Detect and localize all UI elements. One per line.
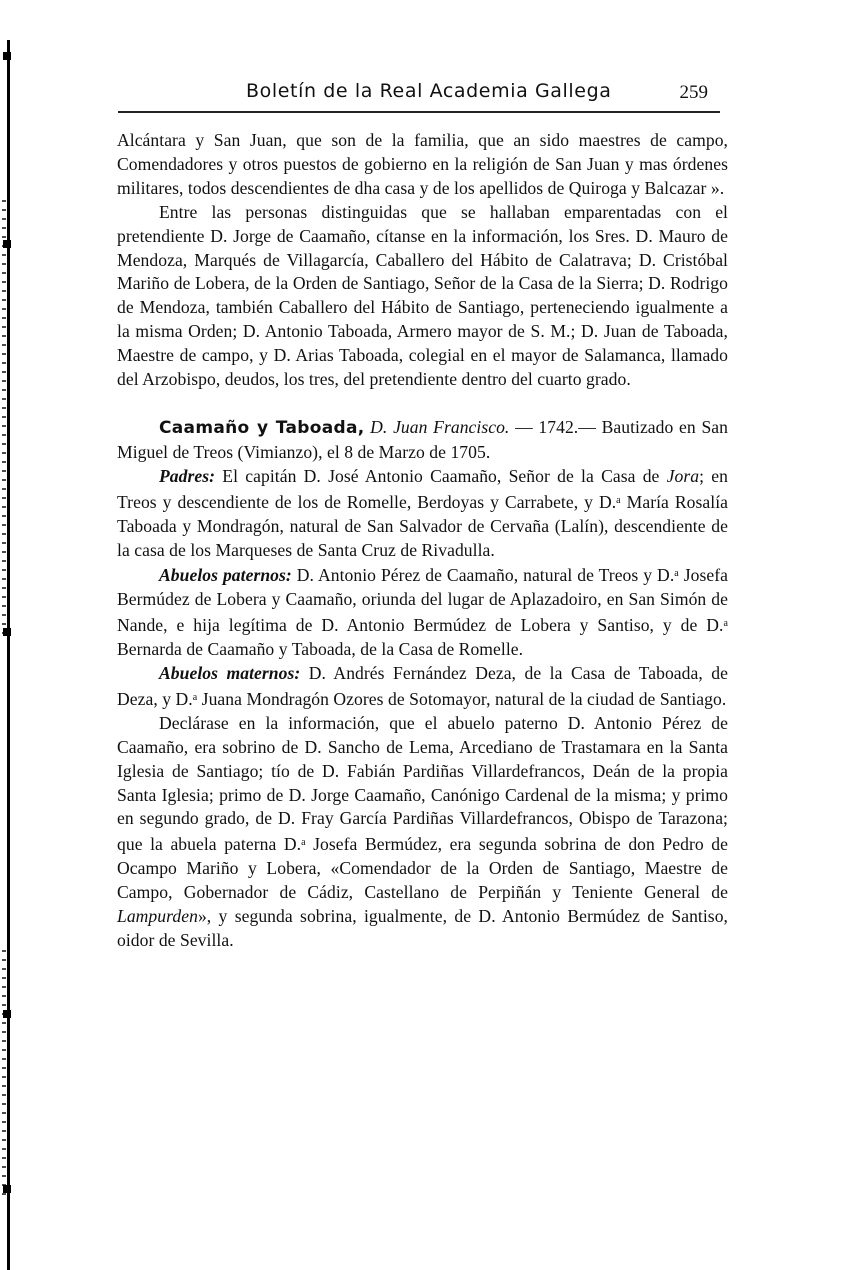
label-abuelos-maternos: Abuelos maternos: <box>159 663 300 683</box>
paragraph-relatives: Entre las personas distinguidas que se h… <box>117 201 728 392</box>
running-title: Boletín de la Real Academia Gallega <box>246 80 611 102</box>
place-lampurden: Lampurden <box>117 906 198 926</box>
entry-name: Caamaño y Taboada, <box>159 418 364 438</box>
scan-edge-noise <box>2 950 6 1200</box>
place-jora: Jora <box>667 466 699 486</box>
scan-edge-noise <box>2 200 6 640</box>
scan-edge-mark <box>3 240 11 248</box>
entry-given-name: D. Juan Francisco. <box>370 417 509 437</box>
header-rule <box>118 111 720 113</box>
entry-year: — 1742. <box>515 417 578 437</box>
scan-edge-mark <box>3 52 11 60</box>
section-gap <box>117 392 728 416</box>
label-abuelos-paternos: Abuelos paternos: <box>159 565 292 585</box>
scan-edge-shadow <box>7 40 10 1270</box>
page-body: Alcántara y San Juan, que son de la fami… <box>117 129 728 953</box>
paragraph-padres: Padres: El capitán D. José Antonio Caama… <box>117 465 728 563</box>
page-header: Boletín de la Real Academia Gallega 259 <box>118 78 720 110</box>
page-number: 259 <box>680 82 709 104</box>
label-padres: Padres: <box>159 466 215 486</box>
paragraph-abuelos-maternos: Abuelos maternos: D. Andrés Fernández De… <box>117 662 728 712</box>
entry-heading-paragraph: Caamaño y Taboada, D. Juan Francisco. — … <box>117 416 728 465</box>
paragraph-continuation: Alcántara y San Juan, que son de la fami… <box>117 129 728 201</box>
scan-edge-mark <box>3 1010 11 1018</box>
paragraph-declarase: Declárase en la información, que el abue… <box>117 712 728 953</box>
paragraph-abuelos-paternos: Abuelos paternos: D. Antonio Pérez de Ca… <box>117 562 728 662</box>
scan-edge-mark <box>3 1185 11 1193</box>
scan-edge-mark <box>3 628 11 636</box>
